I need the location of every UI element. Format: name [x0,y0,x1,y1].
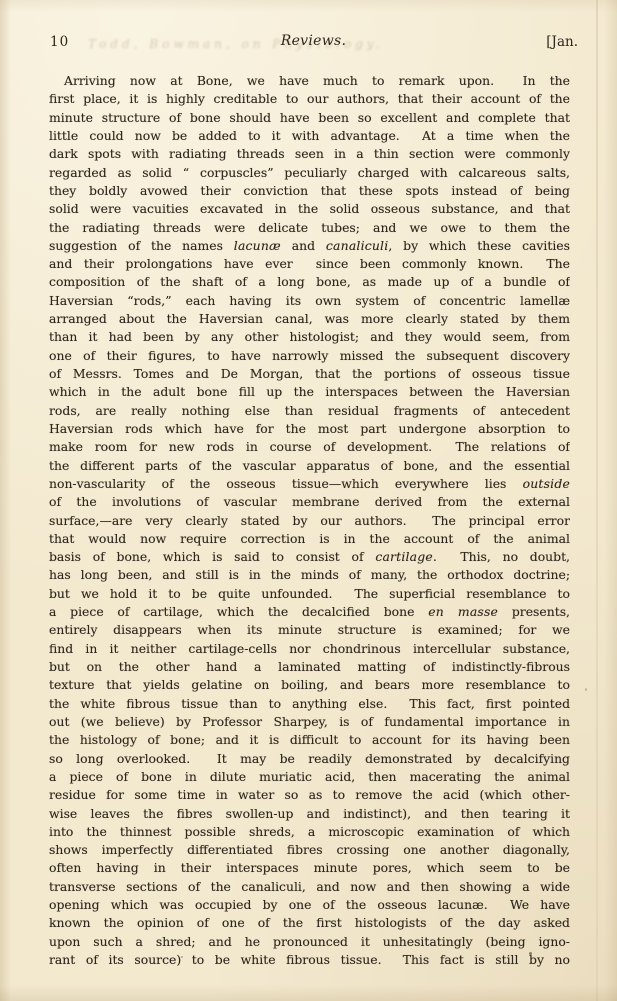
text-line: solid were vacuities excavated in the so… [49,200,570,218]
text-line: basis of bone, which is said to consist … [49,548,570,566]
text-line: entirely disappears when its minute stru… [49,621,570,639]
text-line: a piece of bone in dilute muriatic acid,… [49,768,570,786]
text-line: but on the other hand a laminated mattin… [49,658,570,676]
text-line: but we hold it to be quite unfounded. Th… [49,585,570,603]
text-line: first place, it is highly creditable to … [49,90,570,108]
text-line: suggestion of the names lacunæ and canal… [49,237,570,255]
page-title: Reviews. [49,33,578,49]
text-line: of the involutions of vascular membrane … [49,493,570,511]
text-line: non-vascularity of the osseous tissue—wh… [49,475,570,493]
text-line: the white fibrous tissue than to anythin… [49,695,570,713]
text-line: rant of its source) to be white fibrous … [49,951,570,969]
text-line: and their prolongations have ever since … [49,255,570,273]
text-line: Arriving now at Bone, we have much to re… [49,72,570,90]
text-line: minute structure of bone should have bee… [49,109,570,127]
text-line: known the opinion of one of the first hi… [49,914,570,932]
text-line: often having in their interspaces minute… [49,859,570,877]
text-line: the different parts of the vascular appa… [49,457,570,475]
text-line: surface,—are very clearly stated by our … [49,512,570,530]
text-line: they boldly avowed their conviction that… [49,182,570,200]
text-line: that would now require correction is in … [49,530,570,548]
text-line: which in the adult bone fill up the inte… [49,383,570,401]
text-line: than it had been by any other histologis… [49,328,570,346]
text-line: of Messrs. Tomes and De Morgan, that the… [49,365,570,383]
text-line: a piece of cartilage, which the decalcif… [49,603,570,621]
text-line: wise leaves the fibres swollen-up and in… [49,805,570,823]
text-line: the histology of bone; and it is difficu… [49,731,570,749]
text-line: one of their figures, to have narrowly m… [49,347,570,365]
page-crease [596,0,598,1001]
text-line: arranged about the Haversian canal, was … [49,310,570,328]
text-line: so long overlooked. It may be readily de… [49,750,570,768]
text-line: dark spots with radiating threads seen i… [49,145,570,163]
text-line: Haversian “rods,” each having its own sy… [49,292,570,310]
running-header: 10 Reviews. [Jan. [49,33,578,53]
ink-speck [585,688,587,691]
text-line: rods, are really nothing else than resid… [49,402,570,420]
text-line: find in it neither cartilage-cells nor c… [49,640,570,658]
text-line: make room for new rods in course of deve… [49,438,570,456]
text-line: opening which was occupied by one of the… [49,896,570,914]
text-line: residue for some time in water so as to … [49,786,570,804]
body-text: Arriving now at Bone, we have much to re… [49,72,570,969]
text-line: transverse sections of the canaliculi, a… [49,878,570,896]
text-line: Haversian rods which have for the most p… [49,420,570,438]
issue-date-label: [Jan. [546,34,578,50]
text-line: upon such a shred; and he pronounced it … [49,933,570,951]
text-line: into the thinnest possible shreds, a mic… [49,823,570,841]
text-line: shows imperfectly differentiated fibres … [49,841,570,859]
text-line: has long been, and still is in the minds… [49,566,570,584]
text-line: composition of the shaft of a long bone,… [49,273,570,291]
text-line: texture that yields gelatine on boiling,… [49,676,570,694]
text-line: regarded as solid “ corpuscles” peculiar… [49,164,570,182]
text-line: the radiating threads were delicate tube… [49,219,570,237]
text-line: little could now be added to it with adv… [49,127,570,145]
text-line: out (we believe) by Professor Sharpey, i… [49,713,570,731]
